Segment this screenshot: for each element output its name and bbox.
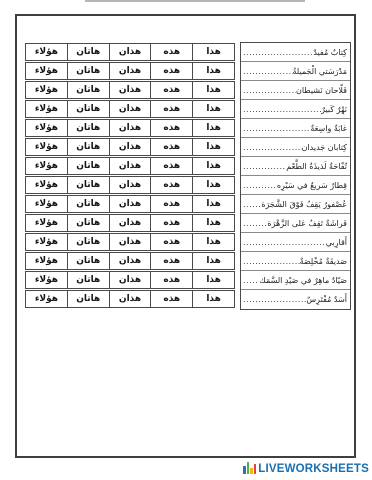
choice-haulai[interactable]: هؤلاء <box>26 120 67 136</box>
demonstratives-row: هذاهذههذانهاتانهؤلاء <box>25 290 235 308</box>
phrase-text: كِتابان جَديدان <box>302 138 347 157</box>
choice-hathihi[interactable]: هذه <box>150 215 192 231</box>
logo-bar <box>247 462 250 474</box>
logo-bar <box>250 468 253 474</box>
answer-blank[interactable]: ........................................… <box>243 157 286 176</box>
choice-hathihi[interactable]: هذه <box>150 139 192 155</box>
choice-hathan[interactable]: هذان <box>109 139 151 155</box>
answer-blank[interactable]: ........................................… <box>243 252 300 271</box>
choice-haulai[interactable]: هؤلاء <box>26 158 67 174</box>
choice-haulai[interactable]: هؤلاء <box>26 272 67 288</box>
exercise-row: أَقارِبي................................… <box>241 233 350 252</box>
demonstratives-row: هذاهذههذانهاتانهؤلاء <box>25 62 235 80</box>
demonstratives-row: هذاهذههذانهاتانهؤلاء <box>25 252 235 270</box>
answer-blank[interactable]: ........................................… <box>243 176 277 195</box>
choice-hatan[interactable]: هاتان <box>67 234 109 250</box>
logo-bar <box>243 466 246 474</box>
choice-hathan[interactable]: هذان <box>109 82 151 98</box>
phrase-text: كِتابٌ مُفيدٌ <box>313 43 347 62</box>
choice-hathan[interactable]: هذان <box>109 177 151 193</box>
worksheet-frame: هذاهذههذانهاتانهؤلاءهذاهذههذانهاتانهؤلاء… <box>15 14 356 458</box>
choice-hatan[interactable]: هاتان <box>67 120 109 136</box>
choice-haulai[interactable]: هؤلاء <box>26 253 67 269</box>
phrases-list: كِتابٌ مُفيدٌ...........................… <box>240 42 351 310</box>
choice-hatha[interactable]: هذا <box>192 177 234 193</box>
choice-hathihi[interactable]: هذه <box>150 158 192 174</box>
exercise-row: فَلّاحان نَشيطان........................… <box>241 81 350 100</box>
choice-haulai[interactable]: هؤلاء <box>26 82 67 98</box>
phrase-text: غابَةٌ واسِعَةٌ <box>310 119 347 138</box>
liveworksheets-logo-text: LIVEWORKSHEETS <box>258 464 369 476</box>
exercise-row: قِطارٌ سَريعٌ في سَيْرِه................… <box>241 176 350 195</box>
choice-haulai[interactable]: هؤلاء <box>26 177 67 193</box>
phrase-text: تُفّاحَةٌ لَذيذَةُ الطَّعْم <box>286 157 347 176</box>
choice-hathan[interactable]: هذان <box>109 44 151 60</box>
phrase-text: أَسَدٌ مُفْتَرِسٌ <box>306 290 347 309</box>
choice-hatha[interactable]: هذا <box>192 63 234 79</box>
choice-hathihi[interactable]: هذه <box>150 101 192 117</box>
choice-hatha[interactable]: هذا <box>192 253 234 269</box>
choice-hatan[interactable]: هاتان <box>67 158 109 174</box>
choice-hathihi[interactable]: هذه <box>150 63 192 79</box>
choice-haulai[interactable]: هؤلاء <box>26 63 67 79</box>
choice-hathihi[interactable]: هذه <box>150 196 192 212</box>
choice-hatan[interactable]: هاتان <box>67 101 109 117</box>
demonstratives-row: هذاهذههذانهاتانهؤلاء <box>25 81 235 99</box>
choice-hathan[interactable]: هذان <box>109 253 151 269</box>
exercise-row: غابَةٌ واسِعَةٌ.........................… <box>241 119 350 138</box>
choice-hathan[interactable]: هذان <box>109 291 151 307</box>
answer-blank[interactable]: ........................................… <box>243 271 259 290</box>
choice-hatan[interactable]: هاتان <box>67 44 109 60</box>
choice-hatha[interactable]: هذا <box>192 215 234 231</box>
answer-blank[interactable]: ........................................… <box>243 81 296 100</box>
choice-hathihi[interactable]: هذه <box>150 272 192 288</box>
exercise-row: أَسَدٌ مُفْتَرِسٌ.......................… <box>241 290 350 309</box>
choice-hathihi[interactable]: هذه <box>150 120 192 136</box>
exercise-row: كِتابان جَديدان.........................… <box>241 138 350 157</box>
phrase-text: عُصْفورٌ يَقِفُ فَوْقَ الشَّجَرَة <box>261 195 347 214</box>
exercise-row: صَيّادٌ ماهِرٌ في صَيْدِ السَّمَك.......… <box>241 271 350 290</box>
demonstratives-row: هذاهذههذانهاتانهؤلاء <box>25 214 235 232</box>
choice-haulai[interactable]: هؤلاء <box>26 101 67 117</box>
choice-hatha[interactable]: هذا <box>192 139 234 155</box>
demonstratives-row: هذاهذههذانهاتانهؤلاء <box>25 43 235 61</box>
exercise-row: فَراشَةٌ تَقِفُ عَلى الزَّهْرَة.........… <box>241 214 350 233</box>
choice-hathan[interactable]: هذان <box>109 120 151 136</box>
choice-hathan[interactable]: هذان <box>109 272 151 288</box>
demonstratives-row: هذاهذههذانهاتانهؤلاء <box>25 195 235 213</box>
demonstratives-row: هذاهذههذانهاتانهؤلاء <box>25 100 235 118</box>
answer-blank[interactable]: ........................................… <box>243 100 321 119</box>
liveworksheets-logo-icon <box>243 462 256 474</box>
choice-hathihi[interactable]: هذه <box>150 234 192 250</box>
choice-haulai[interactable]: هؤلاء <box>26 215 67 231</box>
choice-hatan[interactable]: هاتان <box>67 196 109 212</box>
choice-haulai[interactable]: هؤلاء <box>26 139 67 155</box>
phrase-text: فَراشَةٌ تَقِفُ عَلى الزَّهْرَة <box>267 214 347 233</box>
scan-artifact-line <box>85 0 305 2</box>
choice-hatha[interactable]: هذا <box>192 234 234 250</box>
choice-haulai[interactable]: هؤلاء <box>26 291 67 307</box>
choice-hatha[interactable]: هذا <box>192 196 234 212</box>
choice-haulai[interactable]: هؤلاء <box>26 234 67 250</box>
demonstratives-table: هذاهذههذانهاتانهؤلاءهذاهذههذانهاتانهؤلاء… <box>25 43 235 309</box>
demonstratives-row: هذاهذههذانهاتانهؤلاء <box>25 271 235 289</box>
answer-blank[interactable]: ........................................… <box>243 43 313 62</box>
choice-hatan[interactable]: هاتان <box>67 177 109 193</box>
phrase-text: قِطارٌ سَريعٌ في سَيْرِه <box>277 176 347 195</box>
choice-hatan[interactable]: هاتان <box>67 82 109 98</box>
choice-hatha[interactable]: هذا <box>192 44 234 60</box>
phrase-text: صَديقَةٌ مُخْلِصَةٌ <box>300 252 347 271</box>
choice-hathihi[interactable]: هذه <box>150 44 192 60</box>
choice-hatan[interactable]: هاتان <box>67 272 109 288</box>
choice-hathan[interactable]: هذان <box>109 101 151 117</box>
phrase-text: أَقارِبي <box>326 233 347 252</box>
choice-hatha[interactable]: هذا <box>192 82 234 98</box>
demonstratives-row: هذاهذههذانهاتانهؤلاء <box>25 176 235 194</box>
choice-hathan[interactable]: هذان <box>109 63 151 79</box>
choice-haulai[interactable]: هؤلاء <box>26 44 67 60</box>
choice-hathan[interactable]: هذان <box>109 215 151 231</box>
answer-blank[interactable]: ........................................… <box>243 138 302 157</box>
exercise-row: مَدْرَسَتي الْجَميلةُ...................… <box>241 62 350 81</box>
phrase-text: نَهْرٌ كَبيرٌ <box>321 100 347 119</box>
choice-hatan[interactable]: هاتان <box>67 253 109 269</box>
choice-hathihi[interactable]: هذه <box>150 253 192 269</box>
phrase-text: فَلّاحان نَشيطان <box>296 81 347 100</box>
demonstratives-row: هذاهذههذانهاتانهؤلاء <box>25 157 235 175</box>
choice-hatha[interactable]: هذا <box>192 158 234 174</box>
phrase-text: مَدْرَسَتي الْجَميلةُ <box>293 62 347 81</box>
choice-hatan[interactable]: هاتان <box>67 291 109 307</box>
logo-bar <box>254 464 257 474</box>
choice-haulai[interactable]: هؤلاء <box>26 196 67 212</box>
demonstratives-row: هذاهذههذانهاتانهؤلاء <box>25 119 235 137</box>
exercise-row: تُفّاحَةٌ لَذيذَةُ الطَّعْم.............… <box>241 157 350 176</box>
choice-hatha[interactable]: هذا <box>192 272 234 288</box>
footer-brand: LIVEWORKSHEETS <box>243 462 369 475</box>
choice-hatan[interactable]: هاتان <box>67 139 109 155</box>
choice-hathan[interactable]: هذان <box>109 234 151 250</box>
choice-hathan[interactable]: هذان <box>109 196 151 212</box>
answer-blank[interactable]: ........................................… <box>243 62 293 81</box>
exercise-row: كِتابٌ مُفيدٌ...........................… <box>241 43 350 62</box>
choice-hatha[interactable]: هذا <box>192 291 234 307</box>
choice-hatha[interactable]: هذا <box>192 120 234 136</box>
answer-blank[interactable]: ........................................… <box>243 290 306 309</box>
choice-hatan[interactable]: هاتان <box>67 63 109 79</box>
exercise-row: نَهْرٌ كَبيرٌ...........................… <box>241 100 350 119</box>
exercise-row: صَديقَةٌ مُخْلِصَةٌ.....................… <box>241 252 350 271</box>
answer-blank[interactable]: ........................................… <box>243 119 310 138</box>
demonstratives-row: هذاهذههذانهاتانهؤلاء <box>25 233 235 251</box>
choice-hathihi[interactable]: هذه <box>150 82 192 98</box>
choice-hathihi[interactable]: هذه <box>150 177 192 193</box>
answer-blank[interactable]: ........................................… <box>243 195 261 214</box>
choice-hathan[interactable]: هذان <box>109 158 151 174</box>
answer-blank[interactable]: ........................................… <box>243 233 326 252</box>
worksheet-page: هذاهذههذانهاتانهؤلاءهذاهذههذانهاتانهؤلاء… <box>0 0 372 480</box>
phrase-text: صَيّادٌ ماهِرٌ في صَيْدِ السَّمَك <box>259 271 347 290</box>
choice-hatan[interactable]: هاتان <box>67 215 109 231</box>
demonstratives-row: هذاهذههذانهاتانهؤلاء <box>25 138 235 156</box>
answer-blank[interactable]: ........................................… <box>243 214 267 233</box>
exercise-row: عُصْفورٌ يَقِفُ فَوْقَ الشَّجَرَة.......… <box>241 195 350 214</box>
choice-hatha[interactable]: هذا <box>192 101 234 117</box>
choice-hathihi[interactable]: هذه <box>150 291 192 307</box>
